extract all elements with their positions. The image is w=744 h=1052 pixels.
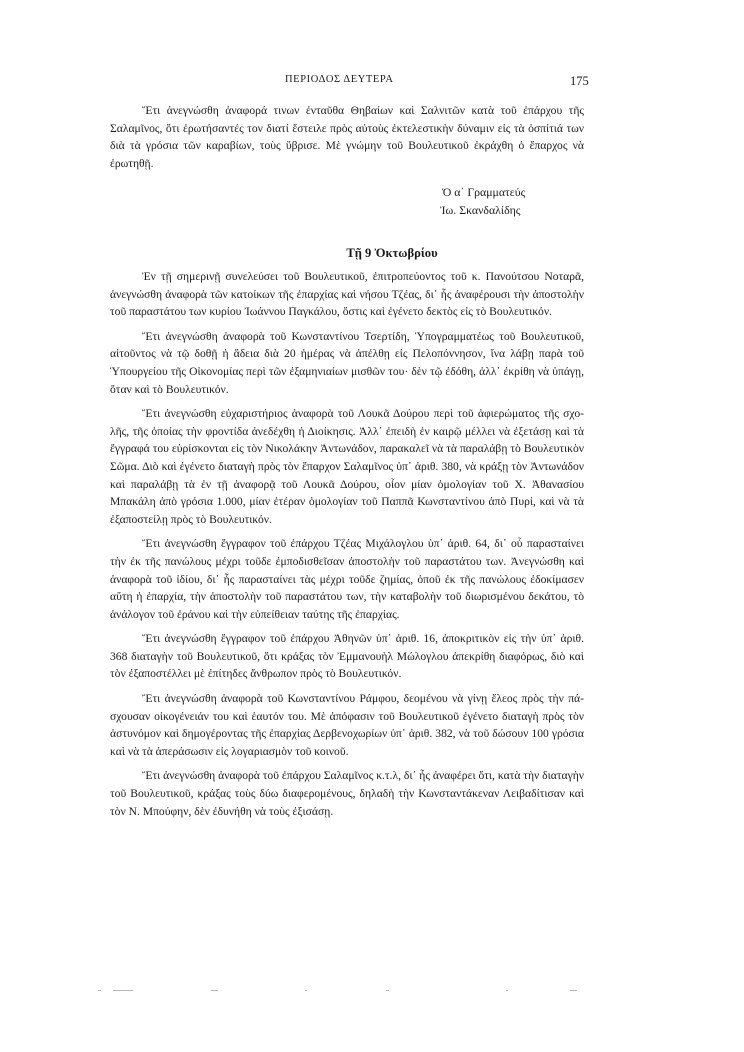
signature-title: Ὁ α΄ Γραμματεύς xyxy=(442,183,525,201)
paragraph: Ἔτι ἀνεγνώσθη ἀναφορά τινων ἐνταῦθα Θηβα… xyxy=(110,102,584,172)
date-heading-text: Τῇ 9 Ὀκτωβρίου xyxy=(346,246,437,260)
paragraph: Ἔτι ἀνεγνώσθη ἔγγραφον τοῦ ἐπάρχου Ἀθηνῶ… xyxy=(110,630,584,683)
paragraph: Ἔτι ἀνεγνώσθη ἔγγραφον τοῦ ἐπάρχου Τζέας… xyxy=(110,535,584,623)
paragraph: Ἐν τῇ σημερινῇ συνελεύσει τοῦ Βουλευτικο… xyxy=(110,268,584,321)
scan-speck xyxy=(386,990,389,991)
paragraph: Ἔτι ἀνεγνώσθη ἀναφορὰ τοῦ Κωνσταντίνου Ρ… xyxy=(110,690,584,760)
date-heading: Τῇ 9 Ὀκτωβρίου xyxy=(0,246,744,261)
scan-artifacts xyxy=(0,990,744,996)
signature-block: Ὁ α΄ Γραμματεύς Ἰω. Σκανδαλίδης xyxy=(442,183,525,219)
section-2-body: Ἐν τῇ σημερινῇ συνελεύσει τοῦ Βουλευτικο… xyxy=(110,268,584,820)
paragraph: Ἔτι ἀνεγνώσθη εὐχαριστήριος ἀναφορὰ τοῦ … xyxy=(110,405,584,528)
paragraph: Ἔτι ἀνεγνώσθη ἀναφορὰ τοῦ Κωνσταντίνου Τ… xyxy=(110,328,584,398)
scan-speck xyxy=(98,990,101,991)
running-title: ΠΕΡΙΟΔΟΣ ΔΕΥΤΕΡΑ xyxy=(285,74,394,85)
scan-speck xyxy=(305,990,307,991)
document-page: ΠΕΡΙΟΔΟΣ ΔΕΥΤΕΡΑ 175 Ἔτι ἀνεγνώσθη ἀναφο… xyxy=(0,0,744,1052)
running-header: ΠΕΡΙΟΔΟΣ ΔΕΥΤΕΡΑ 175 xyxy=(0,74,744,90)
section-1-body: Ἔτι ἀνεγνώσθη ἀναφορά τινων ἐνταῦθα Θηβα… xyxy=(110,102,584,172)
scan-speck xyxy=(570,990,577,991)
paragraph: Ἔτι ἀνεγνώσθη ἀναφορὰ τοῦ ἐπάρχου Σαλαμῖ… xyxy=(110,767,584,820)
scan-speck xyxy=(113,990,133,991)
page-number: 175 xyxy=(570,74,589,89)
scan-speck xyxy=(211,990,218,991)
signature-name: Ἰω. Σκανδαλίδης xyxy=(440,201,525,219)
scan-speck xyxy=(506,990,508,991)
